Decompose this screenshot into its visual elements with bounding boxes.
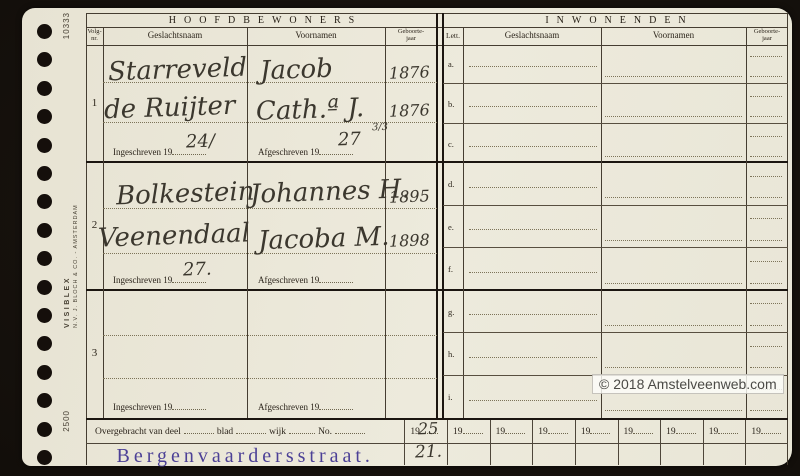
dotted-line	[335, 426, 365, 434]
year-cell: 19	[575, 420, 618, 443]
copyright-watermark: © 2018 Amstelveenweb.com	[592, 374, 784, 394]
inwonenden-row: c.	[443, 124, 788, 163]
hoofdbewoners-section-1: 1 Starreveld Jacob 1876 de Ruijter Cath.…	[86, 45, 437, 163]
dotted-line	[505, 426, 525, 434]
punch-hole	[37, 52, 52, 67]
dotted-line	[548, 426, 568, 434]
row-letter: f.	[448, 264, 453, 274]
dotted-line	[750, 240, 782, 241]
handwritten-birthyear: 1876	[389, 102, 430, 119]
handwritten-ingeschreven-year: 24/	[186, 132, 216, 151]
punch-hole	[37, 450, 52, 465]
year-cell: 19	[490, 420, 533, 443]
year-cell: 19	[618, 420, 661, 443]
dotted-line	[750, 156, 782, 157]
empty-cell	[575, 444, 618, 465]
row-letter: h.	[448, 349, 454, 359]
dotted-line	[319, 275, 353, 283]
street-name-stamp: Bergenvaardersstraat.	[86, 445, 404, 468]
punch-hole	[37, 109, 52, 124]
punch-hole	[37, 166, 52, 181]
dotted-line	[718, 426, 738, 434]
dotted-line	[289, 426, 315, 434]
handwritten-year: 25	[418, 421, 439, 438]
empty-cell	[660, 444, 703, 465]
handwritten-surname: de Ruijter	[104, 93, 236, 124]
dotted-line	[633, 426, 653, 434]
inwonenden-header-row: Lett. Geslachtsnaam Voornamen Geboorte- …	[443, 27, 788, 45]
handwritten-house-number: 21.	[415, 444, 443, 462]
handwritten-firstname: Jacoba M.	[258, 224, 390, 255]
handwritten-afgeschreven-note: 3/3	[372, 123, 388, 134]
inwonenden-table: INWONENDEN Lett. Geslachtsnaam Voornamen…	[443, 13, 788, 465]
handwritten-afgeschreven-year: 27	[338, 131, 362, 150]
row-letter: c.	[448, 139, 454, 149]
dotted-line	[750, 96, 782, 97]
year-cell: 19	[703, 420, 746, 443]
column-header-lett: Lett.	[443, 27, 463, 45]
printer-name: N.V. J. BLOCH & CO. - AMSTERDAM	[73, 168, 79, 328]
afgeschreven-label: Afgeschreven 19	[258, 275, 353, 285]
registration-card: 10333 VISIBLEX N.V. J. BLOCH & CO. - AMS…	[22, 8, 792, 466]
column-header-geslachtsnaam: Geslachtsnaam	[103, 27, 247, 45]
empty-cell	[703, 444, 746, 465]
inwonenden-row: h.	[443, 333, 788, 376]
empty-cell	[447, 444, 490, 465]
punch-hole	[37, 81, 52, 96]
dotted-line	[750, 218, 782, 219]
column-header-voornamen: Voornamen	[247, 27, 385, 45]
hoofdbewoners-section-3: 3 Ingeschreven 19 Afgeschreven 19	[86, 291, 437, 418]
handwritten-firstname: Jacob	[260, 56, 334, 85]
punch-hole	[37, 336, 52, 351]
dotted-line	[750, 410, 782, 411]
hoofdbewoners-table: HOOFDBEWONERS Volg- nr. Geslachtsnaam Vo…	[86, 13, 437, 465]
dotted-line	[590, 426, 610, 434]
printer-brand: VISIBLEX	[64, 168, 71, 328]
dotted-line	[750, 76, 782, 77]
dotted-line	[750, 116, 782, 117]
inwonenden-row: d.	[443, 163, 788, 206]
empty-cell	[745, 444, 788, 465]
dotted-line	[750, 283, 782, 284]
punch-hole	[37, 365, 52, 380]
punch-hole	[37, 280, 52, 295]
volgnr-value: 1	[86, 97, 103, 109]
row-letter: i.	[448, 392, 453, 402]
year-cell: 19	[532, 420, 575, 443]
writing-line	[103, 378, 437, 379]
dotted-line	[750, 176, 782, 177]
column-header-geslachtsnaam: Geslachtsnaam	[463, 27, 601, 45]
punch-hole	[37, 422, 52, 437]
dotted-line	[463, 426, 483, 434]
empty-cell	[618, 444, 661, 465]
printer-imprint: VISIBLEX N.V. J. BLOCH & CO. - AMSTERDAM	[64, 168, 79, 328]
dotted-line	[172, 402, 206, 410]
dotted-line	[676, 426, 696, 434]
inwonenden-title: INWONENDEN	[443, 13, 788, 27]
column-header-geboortejaar: Geboorte- jaar	[385, 27, 437, 45]
handwritten-birthyear: 1898	[389, 232, 430, 249]
dotted-line	[750, 367, 782, 368]
inwonenden-row: e.	[443, 206, 788, 248]
street-cell: Bergenvaardersstraat.	[86, 444, 404, 465]
handwritten-surname: Veenendaal	[98, 220, 251, 251]
hoofdbewoners-title: HOOFDBEWONERS	[86, 13, 437, 27]
dotted-line	[184, 426, 214, 434]
print-run-number: 2500	[62, 410, 71, 432]
ingeschreven-label: Ingeschreven 19	[113, 402, 206, 412]
handwritten-birthyear: 1895	[389, 188, 430, 205]
handwritten-ingeschreven-year: 27.	[183, 261, 212, 280]
year-cell: 19 25	[404, 420, 447, 443]
inwonenden-row: a.	[443, 45, 788, 84]
dotted-line	[750, 56, 782, 57]
transfer-section: Overgebracht van deel blad wijk No. 19 2…	[86, 418, 788, 465]
row-letter: g.	[448, 307, 454, 317]
dotted-line	[750, 261, 782, 262]
dotted-line	[761, 426, 781, 434]
punch-hole	[37, 194, 52, 209]
dotted-line	[750, 325, 782, 326]
punch-hole	[37, 223, 52, 238]
year-cell: 19	[745, 420, 788, 443]
column-header-voornamen: Voornamen	[601, 27, 746, 45]
handwritten-firstname: Cath.ª J.	[256, 95, 365, 125]
inwonenden-row: f.	[443, 248, 788, 291]
punch-hole	[37, 251, 52, 266]
column-header-volgnr: Volg- nr.	[86, 27, 103, 45]
punch-hole	[37, 138, 52, 153]
inwonenden-row: b.	[443, 84, 788, 124]
volgnr-value: 3	[86, 347, 103, 359]
empty-cell	[532, 444, 575, 465]
dotted-line	[319, 402, 353, 410]
punch-hole	[37, 24, 52, 39]
house-number-cell: 21.	[404, 444, 447, 465]
dotted-line	[236, 426, 266, 434]
punch-hole	[37, 393, 52, 408]
punch-hole	[37, 308, 52, 323]
column-header-geboortejaar: Geboorte- jaar	[746, 27, 788, 45]
row-letter: e.	[448, 222, 454, 232]
empty-cell	[490, 444, 533, 465]
handwritten-birthyear: 1876	[389, 64, 430, 81]
dotted-line	[750, 303, 782, 304]
hoofdbewoners-section-2: 2 Bolkestein Johannes H. 1895 Veenendaal…	[86, 163, 437, 291]
afgeschreven-label: Afgeschreven 19	[258, 402, 353, 412]
inwonenden-row: g.	[443, 291, 788, 333]
handwritten-firstname: Johannes H.	[250, 176, 411, 208]
handwritten-surname: Bolkestein	[116, 179, 255, 210]
overgebracht-labels: Overgebracht van deel blad wijk No.	[95, 426, 365, 437]
photo-background: 10333 VISIBLEX N.V. J. BLOCH & CO. - AMS…	[0, 0, 800, 476]
dotted-line	[750, 136, 782, 137]
handwritten-surname: Starreveld	[108, 55, 248, 86]
overgebracht-row: Overgebracht van deel blad wijk No. 19 2…	[86, 420, 788, 444]
year-cell: 19	[660, 420, 703, 443]
card-serial-number: 10333	[62, 12, 71, 39]
year-cell: 19	[447, 420, 490, 443]
row-letter: d.	[448, 179, 454, 189]
writing-line	[103, 335, 437, 336]
row-letter: a.	[448, 59, 454, 69]
overgebracht-cell: Overgebracht van deel blad wijk No.	[86, 420, 404, 443]
row-letter: b.	[448, 99, 454, 109]
dotted-line	[750, 197, 782, 198]
dotted-line	[750, 346, 782, 347]
street-row: Bergenvaardersstraat. 21.	[86, 444, 788, 465]
